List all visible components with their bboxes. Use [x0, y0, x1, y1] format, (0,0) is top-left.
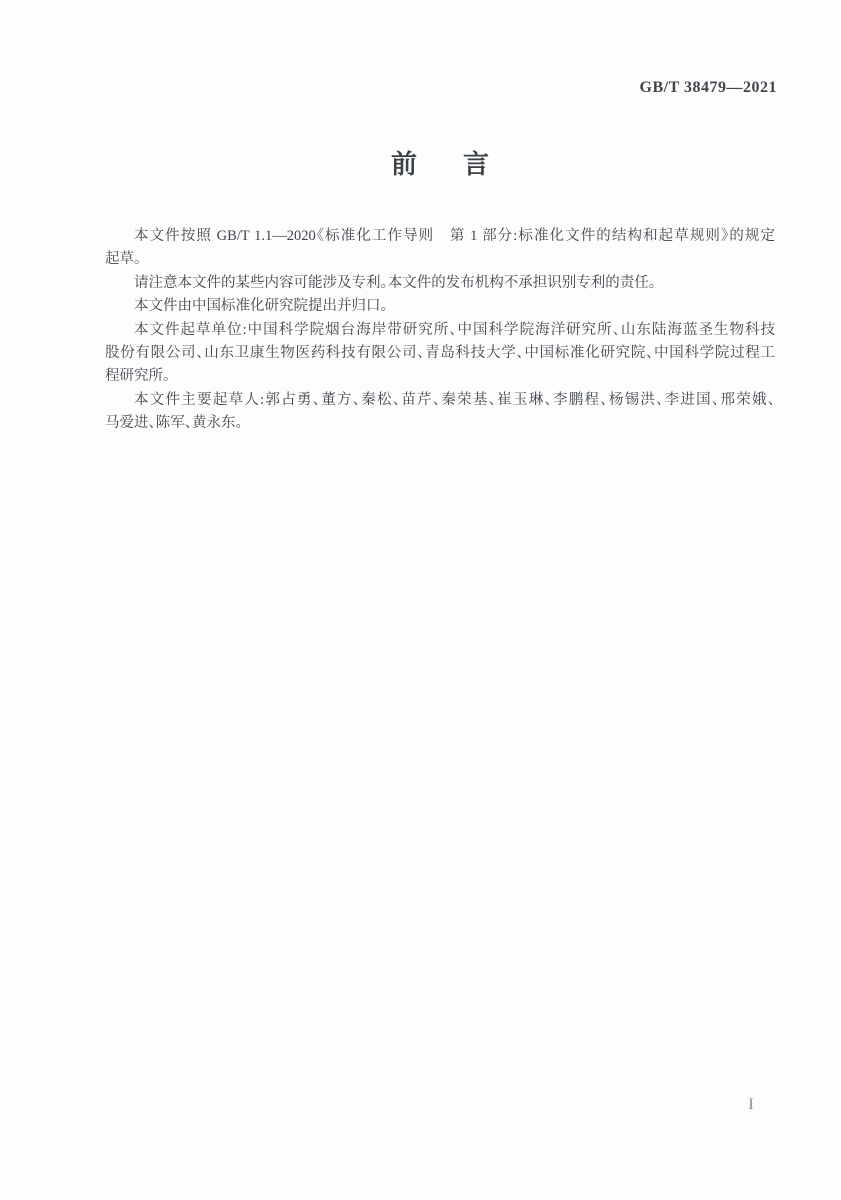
page-title: 前 言	[105, 151, 775, 178]
paragraph-line: 程研究所。	[105, 365, 775, 388]
paragraph-line: 股份有限公司、山东卫康生物医药科技有限公司、青岛科技大学、中国标准化研究院、中国…	[105, 342, 775, 365]
foreword-content: 本文件按照 GB/T 1.1—2020《标准化工作导则 第 1 部分:标准化文件…	[105, 225, 775, 436]
foreword-paragraph-proposer: 本文件由中国标准化研究院提出并归口。	[105, 295, 775, 318]
foreword-paragraph-basis: 本文件按照 GB/T 1.1—2020《标准化工作导则 第 1 部分:标准化文件…	[105, 225, 775, 272]
paragraph-line: 本文件主要起草人:郭占勇、董方、秦松、苗芹、秦荣基、崔玉琳、李鹏程、杨锡洪、李进…	[105, 389, 775, 412]
paragraph-line: 马爱进、陈军、黄永东。	[105, 412, 775, 435]
paragraph-line: 本文件由中国标准化研究院提出并归口。	[105, 295, 775, 318]
page-title-char-2: 言	[463, 151, 489, 178]
paragraph-line: 本文件起草单位:中国科学院烟台海岸带研究所、中国科学院海洋研究所、山东陆海蓝圣生…	[105, 319, 775, 342]
paragraph-line: 起草。	[105, 248, 775, 271]
paragraph-line: 请注意本文件的某些内容可能涉及专利。本文件的发布机构不承担识别专利的责任。	[105, 272, 775, 295]
foreword-paragraph-drafting-organizations: 本文件起草单位:中国科学院烟台海岸带研究所、中国科学院海洋研究所、山东陆海蓝圣生…	[105, 319, 775, 389]
page-title-char-1: 前	[391, 151, 417, 178]
foreword-paragraph-main-drafters: 本文件主要起草人:郭占勇、董方、秦松、苗芹、秦荣基、崔玉琳、李鹏程、杨锡洪、李进…	[105, 389, 775, 436]
page-number: I	[740, 1096, 762, 1114]
document-page: GB/T 38479—2021 前 言 本文件按照 GB/T 1.1—2020《…	[0, 0, 841, 1200]
foreword-paragraph-patent-notice: 请注意本文件的某些内容可能涉及专利。本文件的发布机构不承担识别专利的责任。	[105, 272, 775, 295]
standard-number: GB/T 38479—2021	[640, 79, 777, 97]
paragraph-line: 本文件按照 GB/T 1.1—2020《标准化工作导则 第 1 部分:标准化文件…	[105, 225, 775, 248]
